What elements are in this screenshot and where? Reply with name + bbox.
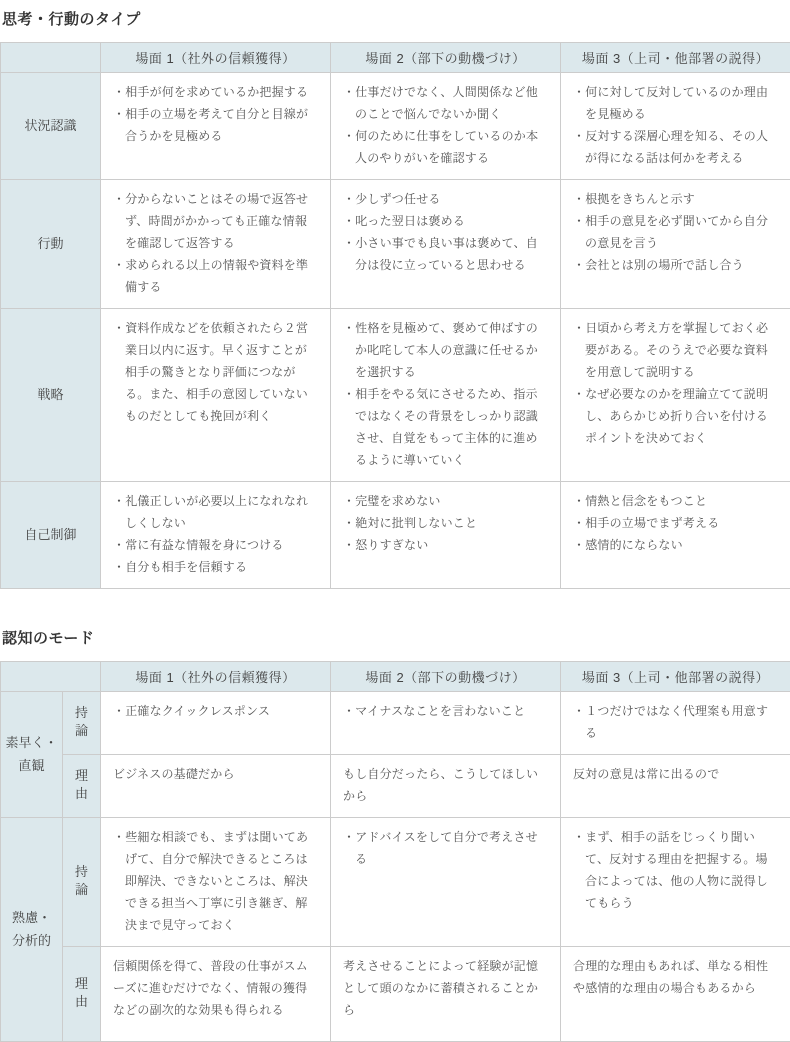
bullet-item: ・根拠をきちんと示す [573, 188, 778, 210]
bullet-item: ・些細な相談でも、まずは聞いてあげて、自分で解決できるところは即解決、できないと… [113, 826, 318, 936]
bullet-item: ・アドバイスをして自分で考えさせる [343, 826, 548, 870]
text-item: 反対の意見は常に出るので [573, 763, 778, 785]
sub-row-label-opinion: 持論 [63, 818, 101, 947]
table2-column-header-scene2: 場面 2（部下の動機づけ） [331, 662, 561, 692]
bullet-item: ・マイナスなことを言わないこと [343, 700, 548, 722]
text-item: 合理的な理由もあれば、単なる相性や感情的な理由の場合もあるから [573, 955, 778, 999]
bullet-item: ・怒りすぎない [343, 534, 548, 556]
bullet-item: ・自分も相手を信頼する [113, 556, 318, 578]
row-label-strategy: 戦略 [1, 309, 101, 482]
cell-strategy-scene2: ・性格を見極めて、褒めて伸ばすのか叱咤して本人の意識に任せるかを選択する ・相手… [331, 309, 561, 482]
cell-fast-reason-scene3: 反対の意見は常に出るので [561, 755, 790, 818]
cell-selfcontrol-scene3: ・情熱と信念をもつこと ・相手の立場でまず考える ・感情的にならない [561, 482, 790, 589]
bullet-item: ・正確なクイックレスポンス [113, 700, 318, 722]
sub-row-label-text: 理由 [75, 975, 89, 1010]
sub-row-label-reason: 理由 [63, 755, 101, 818]
table2-row-fast-intuitive-reason: 理由 ビジネスの基礎だから もし自分だったら、こうしてほしいから 反対の意見は常… [1, 755, 790, 818]
bullet-item: ・１つだけではなく代理案も用意する [573, 700, 778, 744]
bullet-item: ・何のために仕事をしているのか本人のやりがいを確認する [343, 125, 548, 169]
sub-row-label-text: 持論 [75, 704, 89, 739]
bullet-item: ・叱った翌日は褒める [343, 210, 548, 232]
bullet-item: ・情熱と信念をもつこと [573, 490, 778, 512]
row-label-action: 行動 [1, 180, 101, 309]
table2-title: 認知のモード [2, 627, 790, 648]
sub-row-label-text: 持論 [75, 863, 89, 898]
cell-action-scene2: ・少しずつ任せる ・叱った翌日は褒める ・小さい事でも良い事は褒めて、自分は役に… [331, 180, 561, 309]
cell-fast-opinion-scene3: ・１つだけではなく代理案も用意する [561, 692, 790, 755]
bullet-item: ・性格を見極めて、褒めて伸ばすのか叱咤して本人の意識に任せるかを選択する [343, 317, 548, 383]
cell-selfcontrol-scene1: ・礼儀正しいが必要以上になれなれしくしない ・常に有益な情報を身につける ・自分… [101, 482, 331, 589]
bullet-item: ・分からないことはその場で返答せず、時間がかかっても正確な情報を確認して返答する [113, 188, 318, 254]
cell-fast-opinion-scene1: ・正確なクイックレスポンス [101, 692, 331, 755]
cognitive-mode-table: 場面 1（社外の信頼獲得） 場面 2（部下の動機づけ） 場面 3（上司・他部署の… [0, 661, 790, 1042]
table1-row-action: 行動 ・分からないことはその場で返答せず、時間がかかっても正確な情報を確認して返… [1, 180, 790, 309]
cell-action-scene1: ・分からないことはその場で返答せず、時間がかかっても正確な情報を確認して返答する… [101, 180, 331, 309]
table1-row-self-control: 自己制御 ・礼儀正しいが必要以上になれなれしくしない ・常に有益な情報を身につけ… [1, 482, 790, 589]
bullet-item: ・反対する深層心理を知る、その人が得になる話は何かを考える [573, 125, 778, 169]
bullet-item: ・礼儀正しいが必要以上になれなれしくしない [113, 490, 318, 534]
bullet-item: ・仕事だけでなく、人間関係など他のことで悩んでないか聞く [343, 81, 548, 125]
table1-corner-cell [1, 43, 101, 73]
cell-deliberate-reason-scene3: 合理的な理由もあれば、単なる相性や感情的な理由の場合もあるから [561, 947, 790, 1042]
table1-row-strategy: 戦略 ・資料作成などを依頼されたら２営業日以内に返す。早く返すことが相手の驚きと… [1, 309, 790, 482]
text-item: もし自分だったら、こうしてほしいから [343, 763, 548, 807]
bullet-item: ・相手をやる気にさせるため、指示ではなくその背景をしっかり認識させ、自覚をもって… [343, 383, 548, 471]
row-label-situation-awareness: 状況認識 [1, 73, 101, 180]
bullet-item: ・完璧を求めない [343, 490, 548, 512]
bullet-item: ・小さい事でも良い事は褒めて、自分は役に立っていると思わせる [343, 232, 548, 276]
cell-strategy-scene1: ・資料作成などを依頼されたら２営業日以内に返す。早く返すことが相手の驚きとなり評… [101, 309, 331, 482]
cell-deliberate-opinion-scene3: ・まず、相手の話をじっくり聞いて、反対する理由を把握する。場合によっては、他の人… [561, 818, 790, 947]
table1-header-row: 場面 1（社外の信頼獲得） 場面 2（部下の動機づけ） 場面 3（上司・他部署の… [1, 43, 790, 73]
bullet-item: ・相手の立場を考えて自分と目線が合うかを見極める [113, 103, 318, 147]
table1-title: 思考・行動のタイプ [2, 8, 790, 29]
bullet-item: ・常に有益な情報を身につける [113, 534, 318, 556]
cell-strategy-scene3: ・日頃から考え方を掌握しておく必要がある。そのうえで必要な資料を用意して説明する… [561, 309, 790, 482]
table2-column-header-scene1: 場面 1（社外の信頼獲得） [101, 662, 331, 692]
table1-column-header-scene2: 場面 2（部下の動機づけ） [331, 43, 561, 73]
cell-action-scene3: ・根拠をきちんと示す ・相手の意見を必ず聞いてから自分の意見を言う ・会社とは別… [561, 180, 790, 309]
bullet-item: ・相手が何を求めているか把握する [113, 81, 318, 103]
table2-row-deliberate-analytical-reason: 理由 信頼関係を得て、普段の仕事がスムーズに進むだけでなく、情報の獲得などの副次… [1, 947, 790, 1042]
table1-column-header-scene1: 場面 1（社外の信頼獲得） [101, 43, 331, 73]
bullet-item: ・なぜ必要なのかを理論立てて説明し、あらかじめ折り合いを付けるポイントを決めてお… [573, 383, 778, 449]
group-label-deliberate-analytical: 熟慮・ 分析的 [1, 818, 63, 1042]
sub-row-label-opinion: 持論 [63, 692, 101, 755]
bullet-item: ・会社とは別の場所で話し合う [573, 254, 778, 276]
row-label-self-control: 自己制御 [1, 482, 101, 589]
table1-row-situation-awareness: 状況認識 ・相手が何を求めているか把握する ・相手の立場を考えて自分と目線が合う… [1, 73, 790, 180]
bullet-item: ・感情的にならない [573, 534, 778, 556]
bullet-item: ・相手の意見を必ず聞いてから自分の意見を言う [573, 210, 778, 254]
text-item: 考えさせることによって経験が記憶として頭のなかに蓄積されることから [343, 955, 548, 1021]
bullet-item: ・まず、相手の話をじっくり聞いて、反対する理由を把握する。場合によっては、他の人… [573, 826, 778, 914]
sub-row-label-text: 理由 [75, 767, 89, 802]
cell-deliberate-opinion-scene1: ・些細な相談でも、まずは聞いてあげて、自分で解決できるところは即解決、できないと… [101, 818, 331, 947]
table2-row-deliberate-analytical-opinion: 熟慮・ 分析的 持論 ・些細な相談でも、まずは聞いてあげて、自分で解決できるとこ… [1, 818, 790, 947]
bullet-item: ・少しずつ任せる [343, 188, 548, 210]
text-item: 信頼関係を得て、普段の仕事がスムーズに進むだけでなく、情報の獲得などの副次的な効… [113, 955, 318, 1021]
bullet-item: ・相手の立場でまず考える [573, 512, 778, 534]
table2-column-header-scene3: 場面 3（上司・他部署の説得） [561, 662, 790, 692]
table1-column-header-scene3: 場面 3（上司・他部署の説得） [561, 43, 790, 73]
cell-situation-scene1: ・相手が何を求めているか把握する ・相手の立場を考えて自分と目線が合うかを見極め… [101, 73, 331, 180]
cell-deliberate-reason-scene1: 信頼関係を得て、普段の仕事がスムーズに進むだけでなく、情報の獲得などの副次的な効… [101, 947, 331, 1042]
table2-header-row: 場面 1（社外の信頼獲得） 場面 2（部下の動機づけ） 場面 3（上司・他部署の… [1, 662, 790, 692]
thinking-action-type-table: 場面 1（社外の信頼獲得） 場面 2（部下の動機づけ） 場面 3（上司・他部署の… [0, 42, 790, 589]
cell-fast-reason-scene2: もし自分だったら、こうしてほしいから [331, 755, 561, 818]
group-label-fast-intuitive: 素早く・ 直観 [1, 692, 63, 818]
table2-corner-cell [1, 662, 101, 692]
sub-row-label-reason: 理由 [63, 947, 101, 1042]
cell-fast-reason-scene1: ビジネスの基礎だから [101, 755, 331, 818]
cell-deliberate-opinion-scene2: ・アドバイスをして自分で考えさせる [331, 818, 561, 947]
bullet-item: ・日頃から考え方を掌握しておく必要がある。そのうえで必要な資料を用意して説明する [573, 317, 778, 383]
bullet-item: ・絶対に批判しないこと [343, 512, 548, 534]
bullet-item: ・何に対して反対しているのか理由を見極める [573, 81, 778, 125]
cell-deliberate-reason-scene2: 考えさせることによって経験が記憶として頭のなかに蓄積されることから [331, 947, 561, 1042]
bullet-item: ・資料作成などを依頼されたら２営業日以内に返す。早く返すことが相手の驚きとなり評… [113, 317, 318, 427]
text-item: ビジネスの基礎だから [113, 763, 318, 785]
table2-row-fast-intuitive-opinion: 素早く・ 直観 持論 ・正確なクイックレスポンス ・マイナスなことを言わないこと… [1, 692, 790, 755]
cell-situation-scene3: ・何に対して反対しているのか理由を見極める ・反対する深層心理を知る、その人が得… [561, 73, 790, 180]
cell-fast-opinion-scene2: ・マイナスなことを言わないこと [331, 692, 561, 755]
cell-selfcontrol-scene2: ・完璧を求めない ・絶対に批判しないこと ・怒りすぎない [331, 482, 561, 589]
cell-situation-scene2: ・仕事だけでなく、人間関係など他のことで悩んでないか聞く ・何のために仕事をして… [331, 73, 561, 180]
bullet-item: ・求められる以上の情報や資料を準備する [113, 254, 318, 298]
